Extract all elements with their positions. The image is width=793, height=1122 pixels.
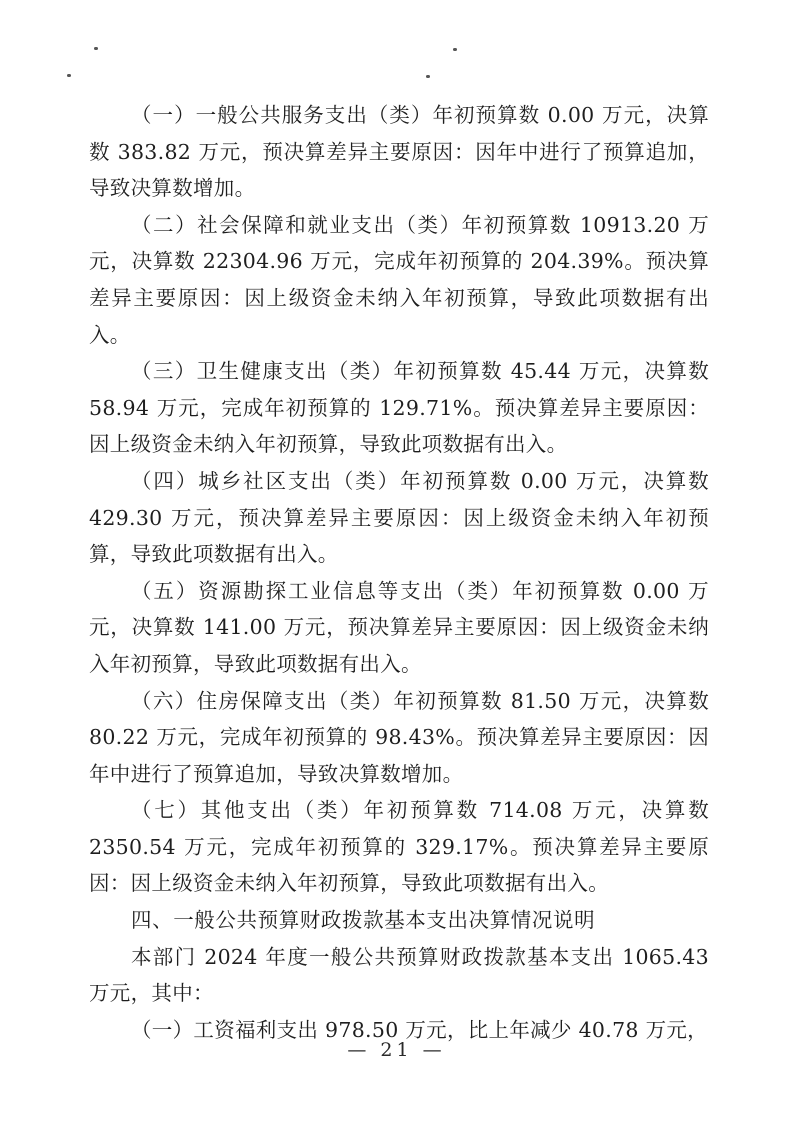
scan-artifact [94,47,98,50]
paragraph-item-6: （六）住房保障支出（类）年初预算数 81.50 万元，决算数 80.22 万元，… [89,683,709,793]
document-page: （一）一般公共服务支出（类）年初预算数 0.00 万元，决算数 383.82 万… [0,0,793,1122]
section-heading: 四、一般公共预算财政拨款基本支出决算情况说明 [89,902,709,939]
paragraph-item-1: （一）一般公共服务支出（类）年初预算数 0.00 万元，决算数 383.82 万… [89,97,709,207]
paragraph-item-2: （二）社会保障和就业支出（类）年初预算数 10913.20 万元，决算数 223… [89,207,709,353]
scan-artifact [426,75,430,78]
scan-artifact [453,48,457,51]
document-body: （一）一般公共服务支出（类）年初预算数 0.00 万元，决算数 383.82 万… [89,97,709,1048]
paragraph-item-3: （三）卫生健康支出（类）年初预算数 45.44 万元，决算数 58.94 万元，… [89,353,709,463]
page-number: — 21 — [0,1039,793,1061]
scan-artifact [67,74,71,77]
paragraph-item-5: （五）资源勘探工业信息等支出（类）年初预算数 0.00 万元，决算数 141.0… [89,573,709,683]
paragraph-item-4: （四）城乡社区支出（类）年初预算数 0.00 万元，决算数 429.30 万元，… [89,463,709,573]
section-intro-paragraph: 本部门 2024 年度一般公共预算财政拨款基本支出 1065.43 万元，其中： [89,939,709,1012]
paragraph-item-7: （七）其他支出（类）年初预算数 714.08 万元，决算数 2350.54 万元… [89,792,709,902]
